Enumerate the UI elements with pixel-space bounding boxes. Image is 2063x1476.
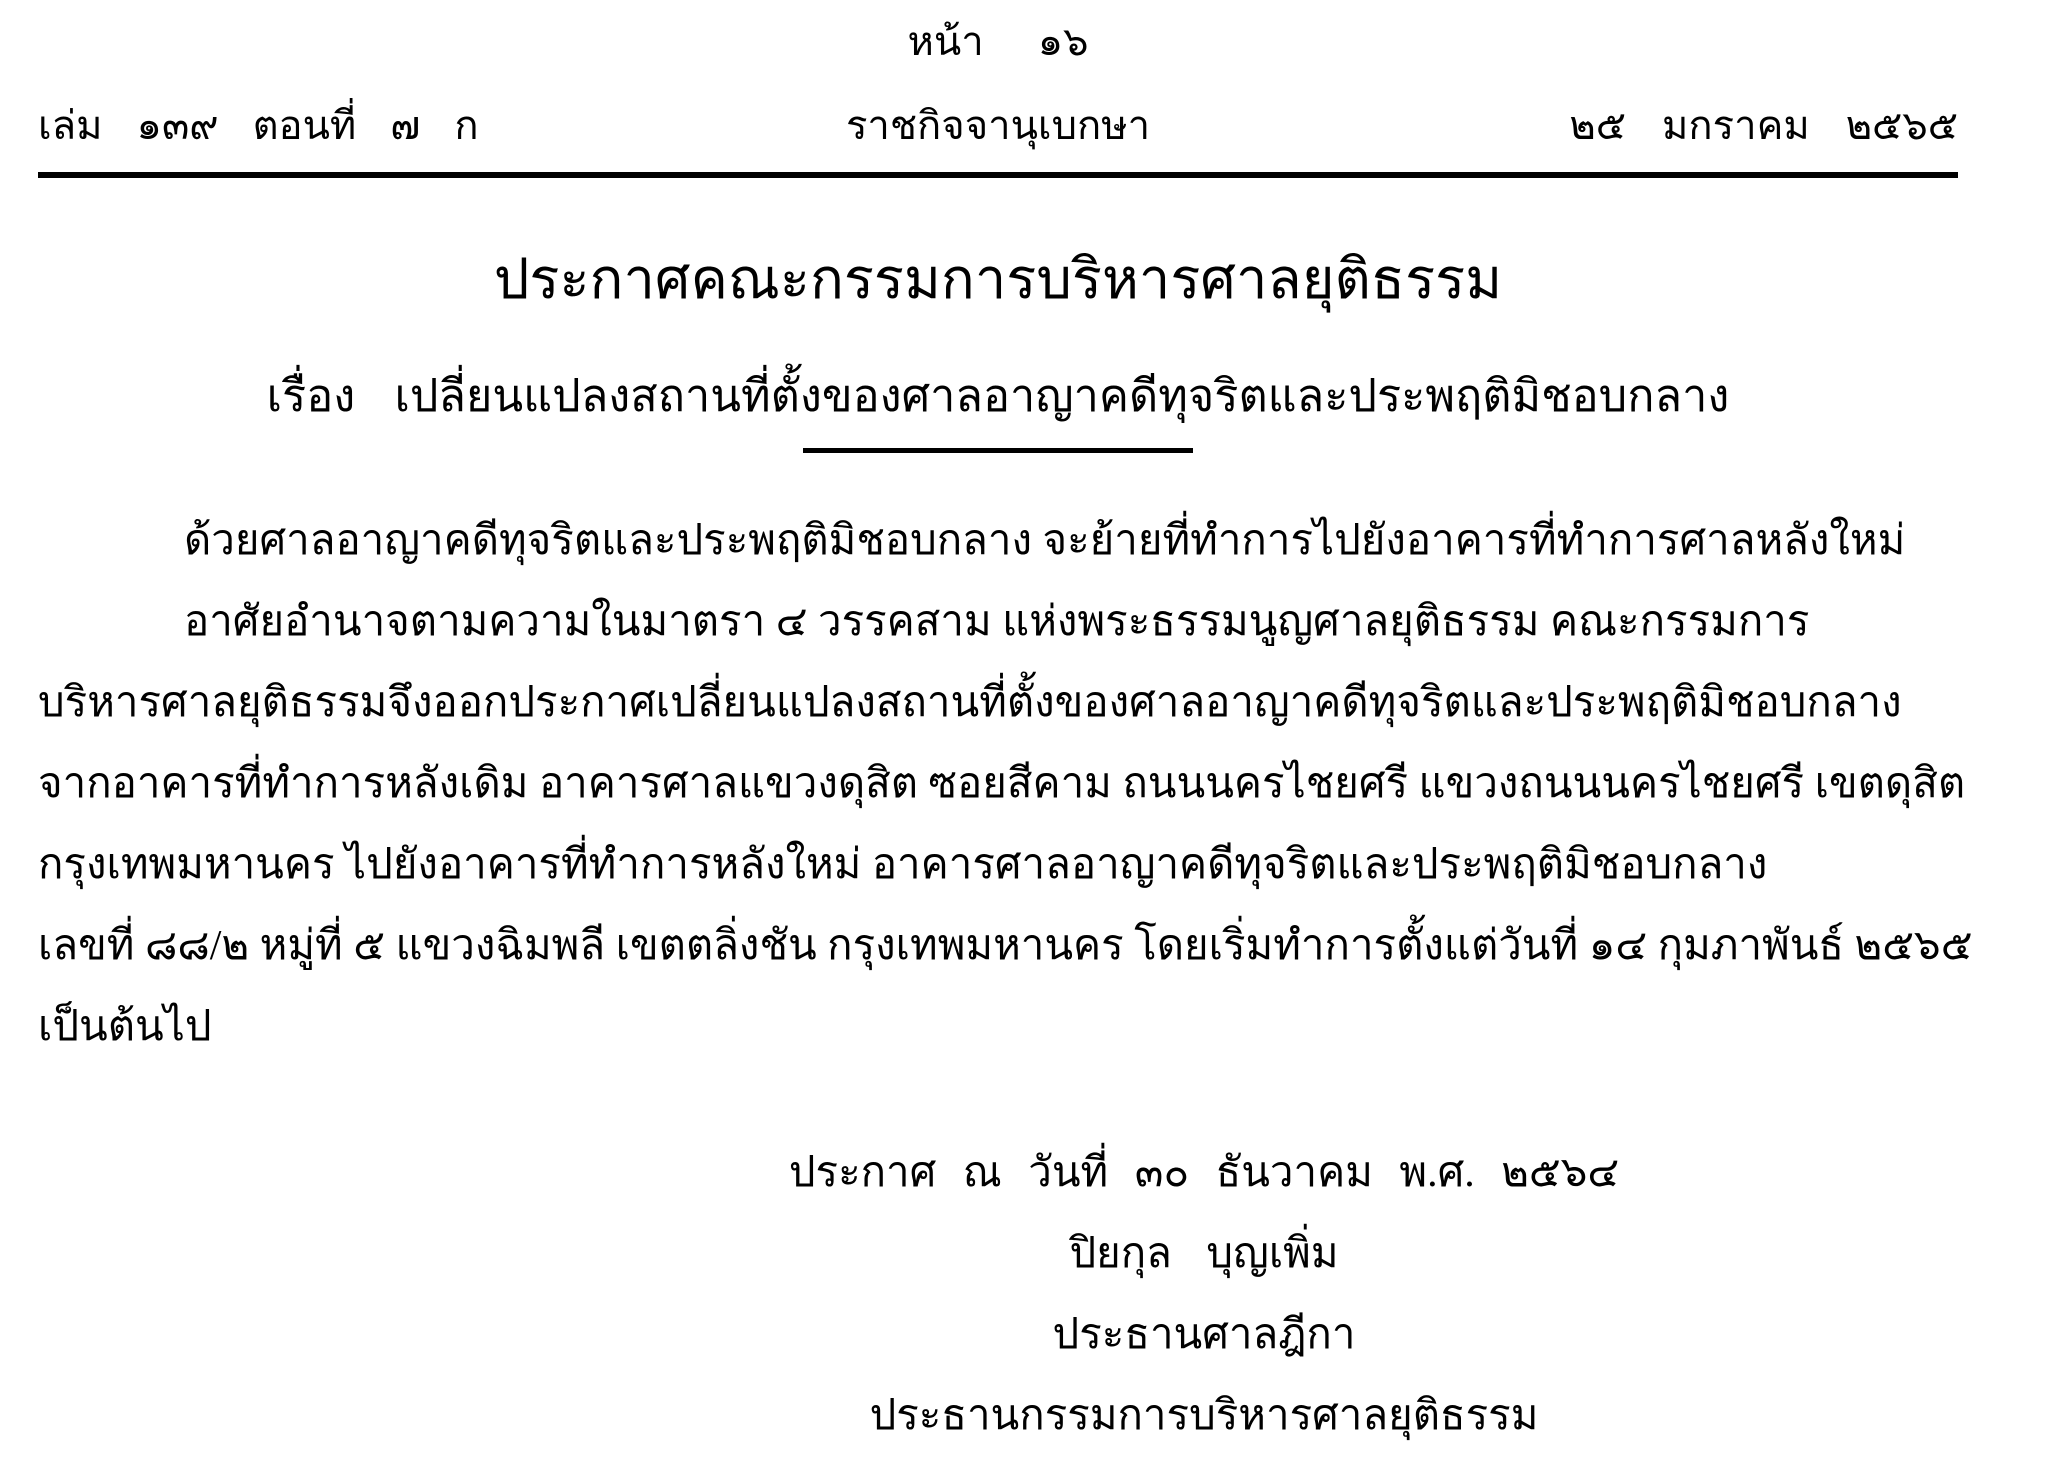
signatory-position-2: ประธานกรรมการบริหารศาลยุติธรรม [754,1376,1654,1457]
gazette-page: หน้า ๑๖ เล่ม ๑๓๙ ตอนที่ ๗ ก ราชกิจจานุเบ… [0,0,2063,1476]
signature-date-line: ประกาศ ณ วันที่ ๓๐ ธันวาคม พ.ศ. ๒๕๖๔ [754,1133,1654,1214]
signature-block: ประกาศ ณ วันที่ ๓๐ ธันวาคม พ.ศ. ๒๕๖๔ ปิย… [754,1133,1654,1457]
volume-issue-label: เล่ม ๑๓๙ ตอนที่ ๗ ก [38,100,846,152]
header-row: เล่ม ๑๓๙ ตอนที่ ๗ ก ราชกิจจานุเบกษา ๒๕ ม… [38,100,1958,152]
body-line: ด้วยศาลอาญาคดีทุจริตและประพฤติมิชอบกลาง … [38,501,2023,582]
header-rule [38,172,1958,178]
announcement-body: ด้วยศาลอาญาคดีทุจริตและประพฤติมิชอบกลาง … [38,501,2023,1068]
body-line: จากอาคารที่ทำการหลังเดิม อาคารศาลแขวงดุส… [38,744,2023,825]
gazette-name: ราชกิจจานุเบกษา [846,100,1150,152]
body-line: บริหารศาลยุติธรรมจึงออกประกาศเปลี่ยนแปลง… [38,663,2023,744]
signatory-position-1: ประธานศาลฎีกา [754,1295,1654,1376]
body-line: เป็นต้นไป [38,987,2023,1068]
body-line: เลขที่ ๘๘/๒ หมู่ที่ ๕ แขวงฉิมพลี เขตตลิ่… [38,906,2023,987]
signatory-name: ปิยกุล บุญเพิ่ม [754,1214,1654,1295]
gazette-header: หน้า ๑๖ เล่ม ๑๓๙ ตอนที่ ๗ ก ราชกิจจานุเบ… [38,14,1958,453]
publication-date: ๒๕ มกราคม ๒๕๖๕ [1150,100,1958,152]
section-divider [803,448,1193,453]
body-line: กรุงเทพมหานคร ไปยังอาคารที่ทำการหลังใหม่… [38,825,2023,906]
announcement-subject: เรื่อง เปลี่ยนแปลงสถานที่ตั้งของศาลอาญาค… [38,352,1958,440]
body-line: อาศัยอำนาจตามความในมาตรา ๔ วรรคสาม แห่งพ… [38,582,2023,663]
announcement-title: ประกาศคณะกรรมการบริหารศาลยุติธรรม [38,234,1958,326]
page-number: หน้า ๑๖ [38,14,1958,70]
